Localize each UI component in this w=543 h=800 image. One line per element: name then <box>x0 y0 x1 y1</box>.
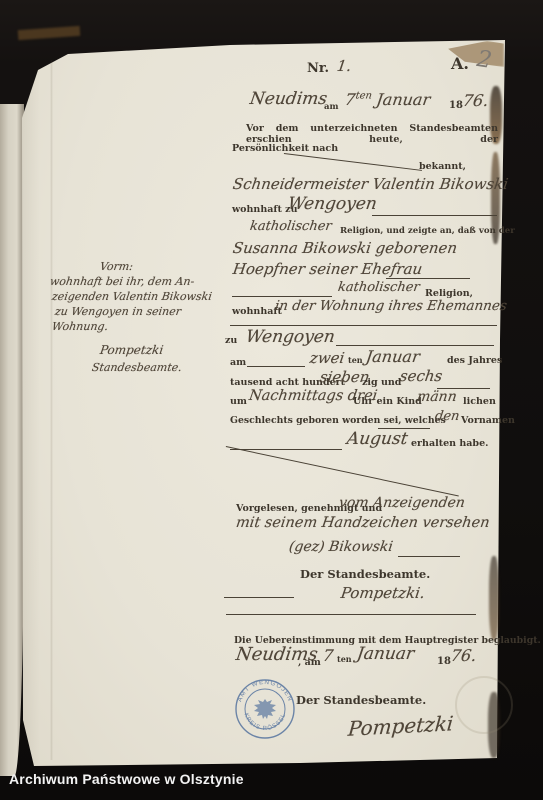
approval-text-2: mit seinem Handzeichen versehen <box>235 515 491 531</box>
paper-crease <box>50 60 53 760</box>
ghost-stamp-impression <box>455 676 513 734</box>
mother-residence: in der Wohnung ihres Ehemannes <box>274 298 508 314</box>
year-ones: sechs <box>399 367 444 385</box>
dateline-day: 7ten Januar <box>344 90 432 109</box>
declarant-name: Schneidermeister Valentin Bikowski <box>232 175 510 193</box>
blank-rule <box>398 556 460 557</box>
den-word: den <box>434 409 460 424</box>
birth-place: Wengoyen <box>245 327 337 347</box>
jahres-label: des Jahres <box>447 355 502 366</box>
dateline-am-label: am <box>324 102 339 112</box>
blank-rule <box>224 597 294 598</box>
margin-note-line: zu Wengoyen in seiner <box>54 305 182 318</box>
lichen-label: lichen <box>463 396 496 407</box>
zig-und-label: zig und <box>362 377 401 388</box>
vornamen-label: Vornamen <box>461 415 515 426</box>
form-letter: A. <box>451 54 469 73</box>
religion-line: Religion, und zeigte an, daß von der <box>340 226 515 236</box>
adjacent-page-edge <box>0 104 24 776</box>
margin-note-line: Wohnung. <box>51 320 109 333</box>
dateline-place: Neudims <box>249 89 329 109</box>
section-rule <box>230 325 497 326</box>
zu-label: zu <box>225 335 237 346</box>
known-label: bekannt, <box>419 161 466 172</box>
child-first-name: August <box>346 429 409 449</box>
certification-month: Januar <box>356 644 416 664</box>
record-number-value: 1. <box>336 57 353 75</box>
erhalten-label: erhalten habe. <box>411 438 488 449</box>
certification-am-label: , am <box>298 657 321 668</box>
certification-year-printed: 18 <box>437 656 451 667</box>
record-number-label: Nr. <box>307 61 329 76</box>
mother-religion: katholischer <box>337 280 421 295</box>
blank-rule <box>386 278 470 279</box>
margin-note-heading: Vorm: <box>99 260 134 273</box>
declarant-residence: Wengoyen <box>287 194 379 214</box>
blank-rule <box>372 215 497 216</box>
child-gender: männ <box>416 389 458 405</box>
scanned-register-page: Nr. 1. A. 2 Neudims am 7ten Januar 18 76… <box>0 0 543 800</box>
uhr-label: Uhr ein Kind <box>353 396 422 407</box>
edge-damage <box>489 556 499 640</box>
margin-note-title: Standesbeamte. <box>91 361 183 374</box>
dateline-day-suffix: ten <box>355 91 373 102</box>
um-label: um <box>230 396 247 407</box>
stamp-eagle-icon <box>254 699 276 719</box>
declarant-religion: katholischer <box>249 219 333 234</box>
blank-rule <box>247 366 305 367</box>
birth-month: Januar <box>365 347 421 366</box>
archive-watermark: Archiwum Państwowe w Olsztynie <box>9 771 244 787</box>
mother-maiden-name: Hoepfner seiner Ehefrau <box>232 260 424 278</box>
declarant-mark: (gez) Bikowski <box>288 539 394 555</box>
birth-day: zwei <box>309 349 346 367</box>
intro-line: Vor dem unterzeichneten Standesbeamten e… <box>246 123 498 145</box>
dateline-year-written: 76. <box>462 91 490 110</box>
blank-rule <box>232 296 332 297</box>
mother-name: Susanna Bikowski geborenen <box>232 239 459 257</box>
margin-note-line: zeigenden Valentin Bikowski <box>51 290 213 303</box>
official-stamp: AMT WENGOJEN KREIS RÖSSEL <box>233 677 297 741</box>
am-label: am <box>230 357 246 368</box>
geschlecht-line: Geschlechts geboren worden sei, welches <box>230 415 446 426</box>
approval-text-1: vom Anzeigenden <box>338 495 466 511</box>
section-rule <box>226 614 476 615</box>
margin-note-line: wohnhaft bei ihr, dem An- <box>49 275 195 288</box>
certification-day-suffix: ten <box>337 654 352 664</box>
certification-year-written: 76. <box>450 646 478 665</box>
blank-rule <box>336 345 494 346</box>
edge-stain <box>18 26 81 40</box>
birth-day-suffix: ten <box>348 355 363 365</box>
margin-note-signature: Pompetzki <box>99 343 164 357</box>
dateline-month: Januar <box>375 90 431 109</box>
registrar-label: Der Standesbeamte. <box>300 567 430 581</box>
certification-registrar-label: Der Standesbeamte. <box>296 693 426 707</box>
registrar-signature: Pompetzki. <box>340 584 426 602</box>
